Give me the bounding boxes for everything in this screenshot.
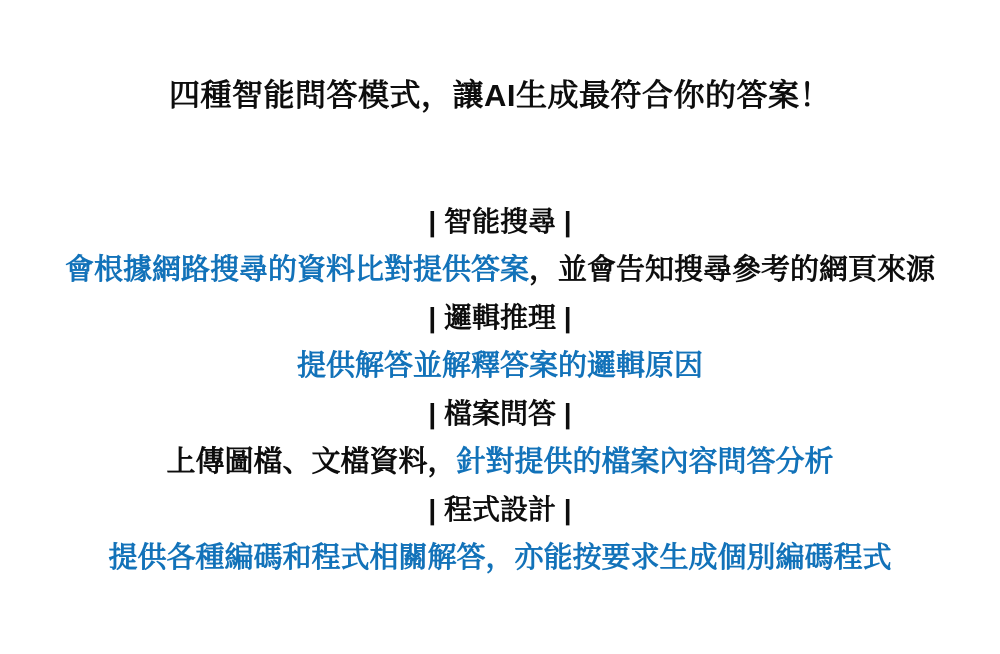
infographic-canvas: 四種智能問答模式，讓AI生成最符合你的答案！ | 智能搜尋 | 會根據網路搜尋的…: [0, 0, 1000, 654]
mode-section-smart-search: | 智能搜尋 | 會根據網路搜尋的資料比對提供答案，並會告知搜尋參考的網頁來源: [0, 198, 1000, 294]
desc-segment-accent: 針對提供的檔案內容問答分析: [457, 446, 834, 478]
desc-segment-ink: 上傳圖檔、文檔資料，: [166, 446, 456, 478]
mode-header-file-qa: | 檔案問答 |: [0, 390, 1000, 438]
desc-segment-accent: 提供解答並解釋答案的邏輯原因: [297, 350, 703, 382]
mode-section-file-qa: | 檔案問答 | 上傳圖檔、文檔資料，針對提供的檔案內容問答分析: [0, 390, 1000, 486]
mode-section-programming: | 程式設計 | 提供各種編碼和程式相關解答，亦能按要求生成個別編碼程式: [0, 486, 1000, 582]
mode-section-logical-reasoning: | 邏輯推理 | 提供解答並解釋答案的邏輯原因: [0, 294, 1000, 390]
desc-segment-accent: 提供各種編碼和程式相關解答，亦能按要求生成個別編碼程式: [108, 542, 891, 574]
mode-desc-logical-reasoning: 提供解答並解釋答案的邏輯原因: [0, 342, 1000, 390]
mode-desc-file-qa: 上傳圖檔、文檔資料，針對提供的檔案內容問答分析: [0, 438, 1000, 486]
mode-header-smart-search: | 智能搜尋 |: [0, 198, 1000, 246]
mode-header-logical-reasoning: | 邏輯推理 |: [0, 294, 1000, 342]
modes-list: | 智能搜尋 | 會根據網路搜尋的資料比對提供答案，並會告知搜尋參考的網頁來源 …: [0, 198, 1000, 582]
page-title: 四種智能問答模式，讓AI生成最符合你的答案！: [0, 70, 1000, 115]
mode-desc-smart-search: 會根據網路搜尋的資料比對提供答案，並會告知搜尋參考的網頁來源: [0, 246, 1000, 294]
mode-desc-programming: 提供各種編碼和程式相關解答，亦能按要求生成個別編碼程式: [0, 534, 1000, 582]
desc-segment-ink: ，並會告知搜尋參考的網頁來源: [529, 254, 935, 286]
mode-header-programming: | 程式設計 |: [0, 486, 1000, 534]
desc-segment-accent: 會根據網路搜尋的資料比對提供答案: [65, 254, 529, 286]
